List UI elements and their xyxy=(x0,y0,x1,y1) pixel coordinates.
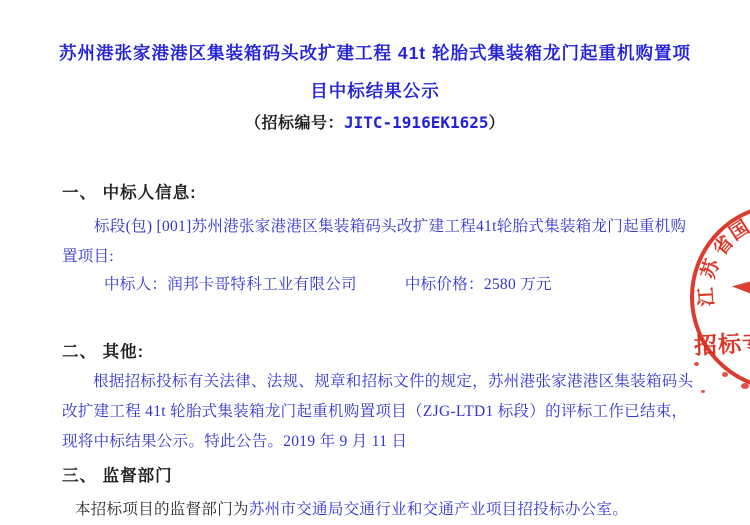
other-paragraph-line-2: 改扩建工程 41t 轮胎式集装箱龙门起重机购置项目（ZJG-LTD1 标段）的评… xyxy=(62,399,687,421)
seal-ink-dot xyxy=(701,390,705,393)
seal-star-icon xyxy=(723,239,750,337)
supervisor-intro-text: 本招标项目的监督部门为 xyxy=(75,501,249,518)
winner-and-price-line: 中标人：润邦卡哥特科工业有限公司中标价格：2580 万元 xyxy=(104,272,552,294)
announcement-page: 苏州港张家港港区集装箱码头改扩建工程 41t 轮胎式集装箱龙门起重机购置项 目中… xyxy=(0,0,750,525)
tender-number-code: JITC-1916EK1625 xyxy=(344,113,489,132)
tender-number-suffix: ） xyxy=(489,115,506,132)
section-1-heading: 一、 中标人信息: xyxy=(62,179,197,203)
winning-price: 中标价格：2580 万元 xyxy=(405,276,552,293)
seal-ring xyxy=(690,203,750,391)
section-2-heading: 二、 其他: xyxy=(62,338,144,362)
section-3-heading: 三、 监督部门 xyxy=(62,462,173,486)
seal-arc-char: 省 xyxy=(706,229,739,261)
winner-name: 中标人：润邦卡哥特科工业有限公司 xyxy=(104,276,357,293)
lot-description-line-2: 置项目: xyxy=(62,244,114,266)
seal-arc-char: 江 xyxy=(691,287,719,307)
other-paragraph-line-1: 根据招标投标有关法律、法规、规章和招标文件的规定，苏州港张家港港区集装箱码头 xyxy=(93,369,693,391)
doc-title-line-1: 苏州港张家港港区集装箱码头改扩建工程 41t 轮胎式集装箱龙门起重机购置项 xyxy=(0,40,750,65)
other-paragraph-line-3: 现将中标结果公示。特此公告。2019 年 9 月 11 日 xyxy=(62,429,407,451)
supervisor-department-name: 苏州市交通局交通行业和交通产业项目招投标办公室。 xyxy=(249,501,628,518)
seal-arc-char: 国 xyxy=(723,213,750,246)
tender-number-prefix: （招标编号： xyxy=(245,115,344,132)
seal-ink-dot xyxy=(741,383,749,389)
seal-ink-dot xyxy=(722,372,728,377)
supervisor-line: 本招标项目的监督部门为苏州市交通局交通行业和交通产业项目招投标办公室。 xyxy=(75,497,628,519)
doc-title-line-2: 目中标结果公示 xyxy=(0,78,750,103)
seal-ink-dot xyxy=(694,362,699,366)
seal-center-text: 招标专 xyxy=(693,324,750,361)
seal-arc-char: 苏 xyxy=(693,255,725,282)
tender-number-line: （招标编号：JITC-1916EK1625） xyxy=(0,110,750,133)
lot-description-line-1: 标段(包) [001]苏州港张家港港区集装箱码头改扩建工程41t轮胎式集装箱龙门… xyxy=(94,214,686,236)
